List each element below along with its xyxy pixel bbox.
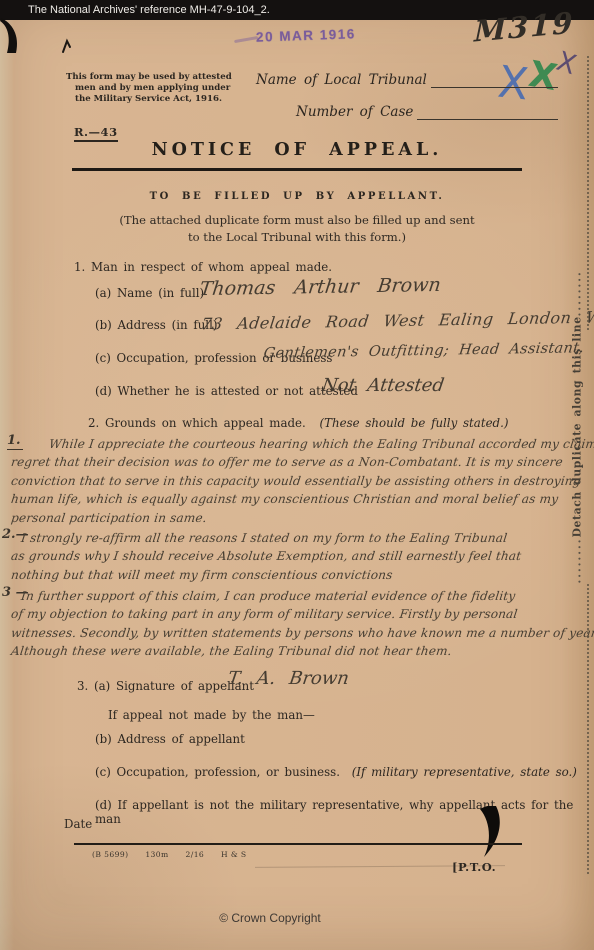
- duplicate-note-line: to the Local Tribunal with this form.): [40, 229, 554, 246]
- handwriting-line: conviction that to serve in this capacit…: [10, 472, 592, 490]
- handwriting-line: In further support of this claim, I can …: [10, 587, 592, 605]
- blank-rule: [431, 73, 558, 88]
- subtitle: TO BE FILLED UP BY APPELLANT.: [70, 191, 524, 202]
- not-made-by-man-note: If appeal not made by the man—: [108, 708, 315, 722]
- grounds-paragraph-1: While I appreciate the courteous hearing…: [10, 435, 590, 527]
- handwriting-line: personal participation in same.: [10, 509, 592, 527]
- pen-mark: [60, 38, 74, 54]
- section1-heading: 1. Man in respect of whom appeal made.: [74, 260, 332, 274]
- crown-copyright: © Crown Copyright: [170, 911, 370, 925]
- case-number-label: Number of Case: [296, 104, 413, 120]
- handwriting-line: Although these were available, the Ealin…: [10, 642, 592, 660]
- footer-rule: [74, 843, 522, 845]
- field-occupation-value: Gentlemen's Outfitting; Head Assistant.: [263, 340, 586, 362]
- handwriting-line: human life, which is equally against my …: [10, 490, 592, 508]
- field-name-label: (a) Name (in full): [95, 286, 204, 300]
- military-representative-note: (If military representative, state so.): [352, 765, 577, 779]
- local-tribunal-label: Name of Local Tribunal: [256, 72, 427, 88]
- ink-blot: [470, 806, 504, 858]
- section2-heading-note: (These should be fully stated.): [320, 416, 509, 430]
- section2-heading: 2. Grounds on which appeal made. (These …: [88, 416, 508, 430]
- appellant-reason-label: (d) If appellant is not the military rep…: [95, 798, 594, 826]
- handwriting-line: nothing but that will meet my firm consc…: [10, 566, 592, 584]
- section2-heading-text: 2. Grounds on which appeal made.: [88, 416, 306, 430]
- archive-reference-text: The National Archives' reference MH-47-9…: [28, 4, 270, 16]
- appellant-address-label: (b) Address of appellant: [95, 732, 245, 746]
- usage-note-line: the Military Service Act, 1916.: [75, 94, 246, 105]
- usage-note-line: This form may be used by attested: [66, 72, 246, 83]
- date-stamp: 20 MAR 1916: [256, 26, 356, 44]
- duplicate-note-line: (The attached duplicate form must also b…: [40, 212, 554, 229]
- grounds-paragraph-3: In further support of this claim, I can …: [10, 587, 590, 661]
- scanned-document-page: The National Archives' reference MH-47-9…: [0, 0, 594, 950]
- handwritten-file-number: M319: [474, 6, 575, 49]
- duplicate-note: (The attached duplicate form must also b…: [40, 212, 554, 245]
- perforation-line-bottom: [587, 584, 589, 874]
- field-case-number: Number of Case: [296, 104, 558, 120]
- appellant-occupation-text: (c) Occupation, profession, or business.: [95, 765, 340, 779]
- document-title: NOTICE OF APPEAL.: [70, 140, 524, 160]
- field-attested-value: Not Attested: [321, 375, 446, 396]
- detach-duplicate-text: Detach duplicate along this line: [571, 340, 586, 584]
- signature-value: T. A. Brown: [227, 668, 351, 689]
- handwriting-line: While I appreciate the courteous hearing…: [10, 435, 592, 453]
- handwriting-line: I strongly re-affirm all the reasons I s…: [10, 529, 592, 547]
- grounds-paragraph-2: I strongly re-affirm all the reasons I s…: [10, 529, 590, 584]
- handwriting-line: regret that their decision was to offer …: [10, 453, 592, 471]
- pto-label: [P.T.O.: [452, 860, 496, 874]
- blank-rule: [417, 105, 558, 120]
- field-local-tribunal: Name of Local Tribunal: [256, 72, 558, 88]
- date-label: Date: [64, 817, 92, 831]
- handwriting-line: of my objection to taking part in any fo…: [10, 605, 592, 623]
- field-address-label: (b) Address (in full): [95, 318, 217, 332]
- perforation-line-top: [587, 56, 589, 330]
- field-name-value: Thomas Arthur Brown: [198, 274, 442, 300]
- title-rule: [72, 168, 522, 171]
- usage-note: This form may be used by attested men an…: [66, 72, 246, 105]
- field-address-value: 73 Adelaide Road West Ealing London W.: [200, 307, 594, 333]
- handwriting-line: as grounds why I should receive Absolute…: [10, 547, 592, 565]
- appellant-occupation-label: (c) Occupation, profession, or business.…: [95, 765, 577, 779]
- field-attested-label: (d) Whether he is attested or not attest…: [95, 384, 358, 398]
- usage-note-line: men and by men applying under: [75, 83, 246, 94]
- handwriting-line: witnesses. Secondly, by written statemen…: [10, 624, 592, 642]
- ink-smudge-top-left: [0, 18, 24, 54]
- print-code: (B 5699) 130m 2/16 H & S: [92, 850, 246, 859]
